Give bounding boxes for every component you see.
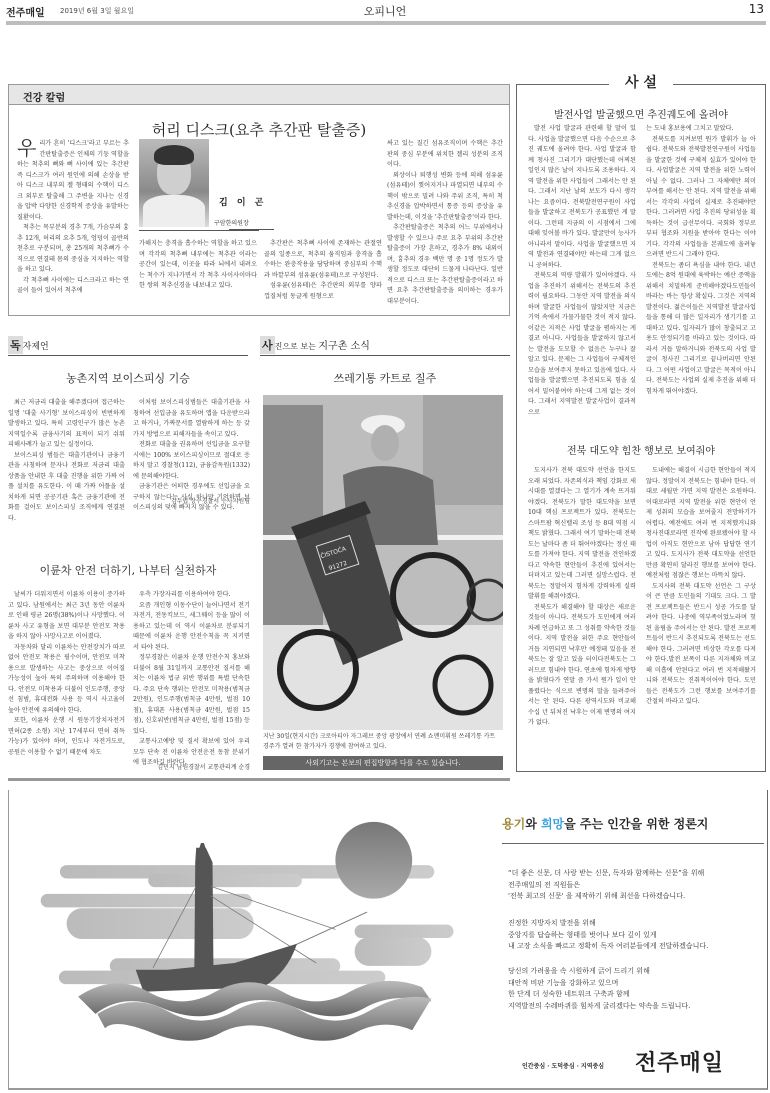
editorial-2-col-1: 도지사가 전북 대도약 선언을 한지도 오래 되었다. 자존의식과 책임 강화로… <box>528 466 636 729</box>
ad-paragraph-1: “더 좋은 신문, 더 사랑 받는 신문, 독자와 함께하는 신문”을 위해 전… <box>508 868 704 903</box>
photo-news-header: 사진으로 보는 지구촌 소식 <box>260 336 510 356</box>
author-name: 김 이 곤 <box>219 195 266 208</box>
photo-caption: 지난 30일(현지시간) 크로아티아 자그레브 중앙 광장에서 연례 쇼맨미휘원… <box>263 732 503 752</box>
health-col-3: 추간판은 척추뼈 사이에 존재하는 관절연골의 일종으로, 척추의 움직임과 충… <box>264 239 382 302</box>
health-column-box: 건강 칼럼 허리 디스크(요추 추간판 탈출증) 우리가 흔히 '디스크'라고 … <box>8 84 510 316</box>
ad-slogan: 용기와 희망을 주는 인간을 위한 정론지 <box>502 815 708 832</box>
editorial-title-1: 발전사업 발굴했으면 추진궤도에 올려야 <box>516 106 766 121</box>
ad-paragraph-3: 당신의 가려움을 속 시원하게 긁어 드리기 위해 대안적 비판 기능을 강화하… <box>508 966 690 1012</box>
masthead-divider <box>6 21 766 25</box>
ad-tagline: 인간중심 · 도덕중심 · 지역중심 <box>522 1061 604 1070</box>
motorcycle-col-1: 날씨가 더워지면서 이륜차 이용이 증가하고 있다. 남원에서는 최근 3년 동… <box>8 590 125 758</box>
health-col-2: 가해지는 충격을 흡수하는 역할을 하고 있으며 각각의 척추뼈 내부에는 척추… <box>139 239 257 292</box>
cart-race-illustration: ČISTOĆA 91272 <box>263 395 503 730</box>
newspaper-logo: 전주매일 <box>635 1046 724 1077</box>
health-column-label: 건강 칼럼 <box>9 85 509 105</box>
photo-news-title: 쓰레기통 카트로 질주 <box>260 370 510 386</box>
motorcycle-safety-title: 이륜차 안전 더하기, 나부터 실천하자 <box>8 562 248 578</box>
voice-phishing-col-1: 최근 저금리 대출을 해주겠다며 접근하는 일명 '대출 사기형' 보이스피싱이… <box>8 398 125 524</box>
editorial-box: 사 설 발전사업 발굴했으면 추진궤도에 올려야 발전 사업 발굴과 관련해 할… <box>516 60 766 772</box>
author-photo <box>139 139 209 227</box>
page-number: 13 <box>749 2 764 16</box>
reader-opinion-header: 독자제언 <box>8 336 248 356</box>
editorial-heading: 사 설 <box>609 75 673 91</box>
ad-slogan-rule <box>502 843 764 844</box>
health-col-1: 우리가 흔히 '디스크'라고 부르는 추간판탈출증은 인체의 기둥 역할을 하는… <box>17 139 129 297</box>
motorcycle-col-2: 우측 가장자리를 이용하여야 한다. 요즘 개인형 이동수단이 늘어나면서 전기… <box>133 590 250 769</box>
health-col-4: 싸고 있는 질긴 섬유조직이며 수핵은 추간판의 중심 부분에 위치한 젤리 성… <box>387 139 503 307</box>
editorial-2-col-2: 도내에는 해결이 시급한 현안들이 적지 않다. 정말이지 전북도는 힘내야 한… <box>646 466 756 708</box>
voice-phishing-byline: 김두엽 장수경찰서 수사지원팀 <box>133 496 250 505</box>
editorial-title-2: 전북 대도약 힘찬 행보로 보여줘야 <box>516 442 766 457</box>
drop-cap: 우 <box>17 139 36 157</box>
section-divider <box>8 778 510 781</box>
ad-paragraph-2: 진정한 지방자치 발전을 위해 중앙지를 답습하는 형태를 벗어나 보다 깊이 … <box>508 918 708 953</box>
motorcycle-byline: 김민지 남원경찰서 교통관리계 순경 <box>133 762 250 771</box>
author-role: 구암한의원장 <box>214 218 249 227</box>
editorial-1-col-1: 발전 사업 발굴과 관련해 할 말이 있다. 사업을 발굴했으면 다음 수순으로… <box>528 124 636 418</box>
lighthouse-ship-illustration <box>9 790 489 1088</box>
garbage-bin-cart-photo: ČISTOĆA 91272 <box>263 395 503 730</box>
editorial-1-col-2: 는 도내 홍보용에 그치고 말았다. 전북도를 지켜보면 뭔가 발휘가 늘 아쉽… <box>646 124 756 397</box>
health-column-title: 허리 디스크(요추 추간판 탈출증) <box>9 119 509 140</box>
section-title: 오피니언 <box>0 3 770 19</box>
contributor-disclaimer: 사외기고는 본보의 편집방향과 다를 수도 있습니다. <box>263 756 503 770</box>
photo-rule <box>139 230 259 231</box>
voice-phishing-title: 농촌지역 보이스피싱 기승 <box>8 370 248 386</box>
